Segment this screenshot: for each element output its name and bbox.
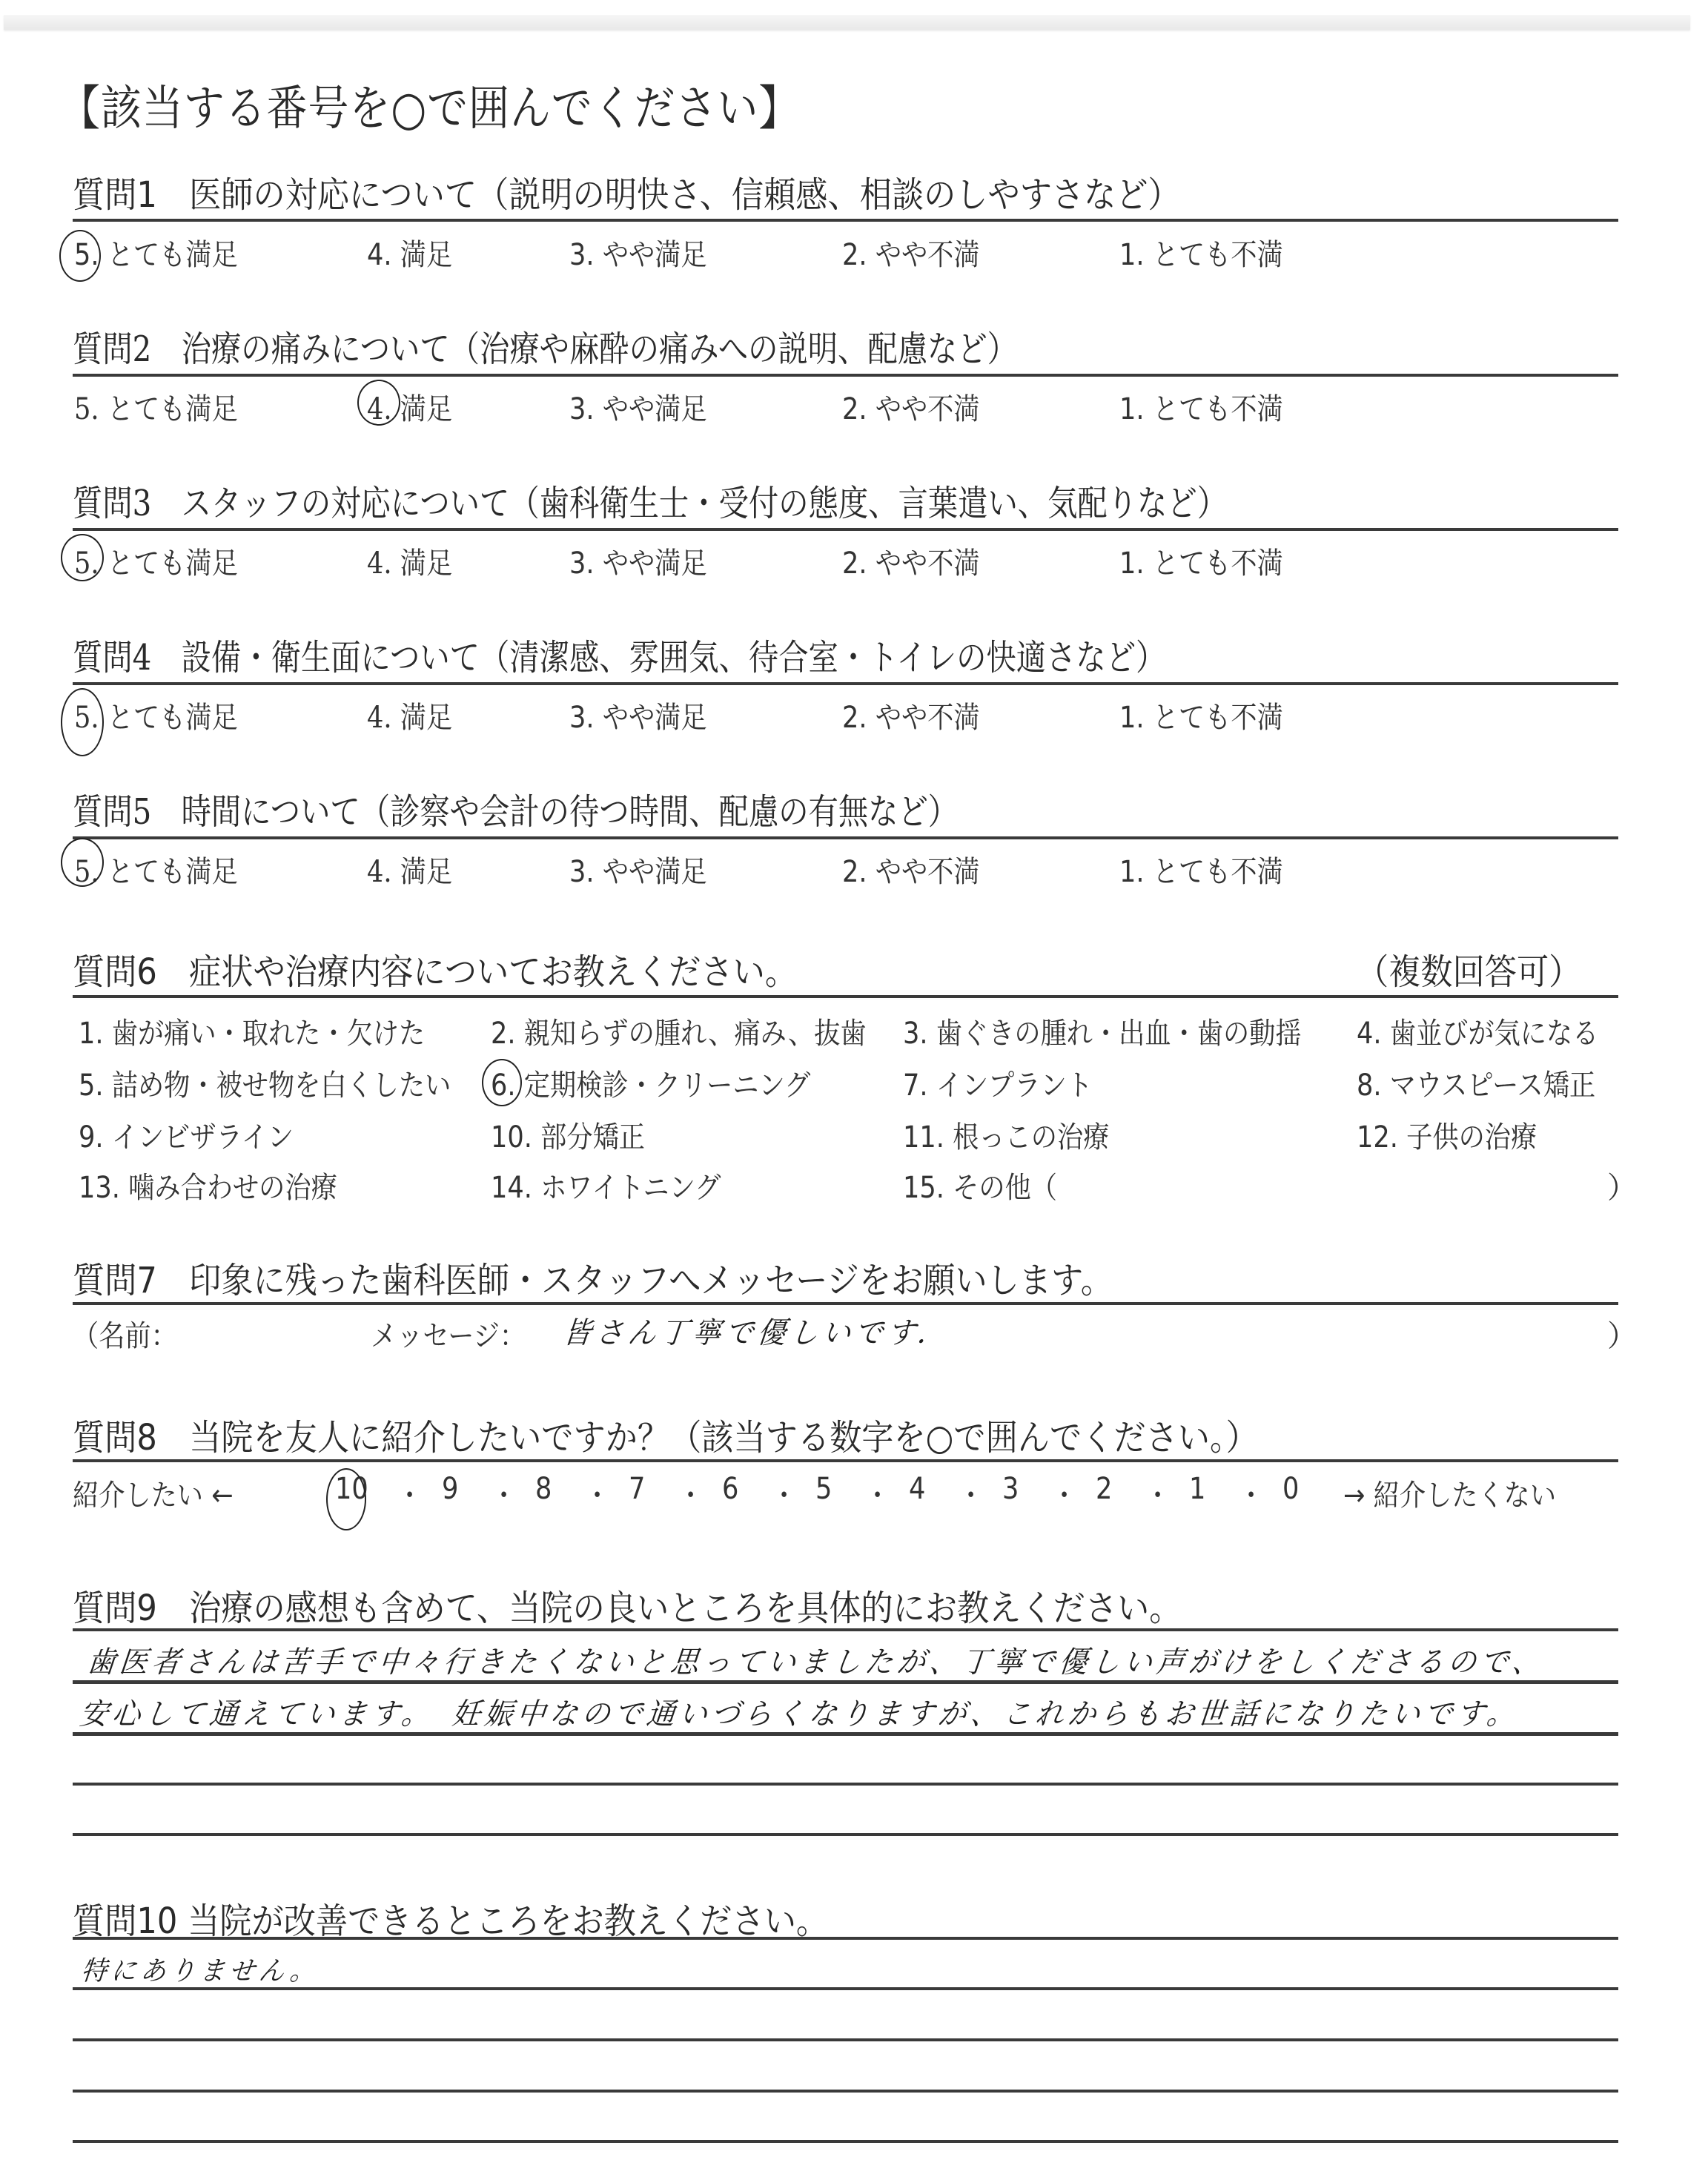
question-7-rule xyxy=(73,1302,1618,1305)
q8-right-label: → 紹介したくない xyxy=(1343,1472,1556,1514)
q8-scale-2[interactable]: 2 xyxy=(1096,1472,1112,1506)
q6-option-4[interactable]: 4. 歯並びが気になる xyxy=(1357,1010,1598,1052)
q6-option-12[interactable]: 12. 子供の治療 xyxy=(1357,1114,1537,1156)
q7-name-field[interactable] xyxy=(174,1312,331,1345)
q9-answer-rule-3 xyxy=(73,1783,1618,1786)
question-6-title: 質問6 症状や治療内容についてお教えください。 xyxy=(73,943,797,994)
q1-selection-circle xyxy=(59,230,101,282)
q8-dot: ・ xyxy=(771,1472,797,1514)
q8-dot: ・ xyxy=(678,1472,704,1514)
q6-option-1[interactable]: 1. 歯が痛い・取れた・欠けた xyxy=(79,1010,425,1052)
question-10-title: 質問10 当院が改善できるところをお教えください。 xyxy=(73,1892,828,1943)
question-9-title: 質問9 治療の感想も含めて、当院の良いところを具体的にお教えください。 xyxy=(73,1579,1181,1631)
question-4-rule xyxy=(73,682,1618,685)
q1-option-3[interactable]: 3. やや満足 xyxy=(569,231,707,274)
scan-top-edge xyxy=(4,15,1690,30)
q1-option-1[interactable]: 1. とても不満 xyxy=(1119,231,1283,274)
q9-answer-line-2[interactable]: 安心して通えています。 妊娠中なので通いづらくなりますが、これからもお世話になり… xyxy=(78,1691,1521,1733)
q10-answer-rule-3 xyxy=(73,2090,1618,2093)
q4-selection-circle xyxy=(61,688,104,756)
q1-option-2[interactable]: 2. やや不満 xyxy=(842,231,980,274)
q8-scale-3[interactable]: 3 xyxy=(1002,1472,1019,1506)
q8-dot: ・ xyxy=(958,1472,984,1514)
q8-scale-8[interactable]: 8 xyxy=(535,1472,552,1506)
q6-option-10[interactable]: 10. 部分矯正 xyxy=(491,1114,645,1156)
q8-scale-9[interactable]: 9 xyxy=(442,1472,458,1506)
question-8-rule xyxy=(73,1459,1618,1462)
q2-selection-circle xyxy=(357,380,400,426)
q6-option-8[interactable]: 8. マウスピース矯正 xyxy=(1357,1062,1595,1104)
q3-option-1[interactable]: 1. とても不満 xyxy=(1119,540,1283,582)
q10-answer-rule-2 xyxy=(73,2038,1618,2041)
q6-selection-circle xyxy=(482,1059,522,1106)
q6-option-7[interactable]: 7. インプラント xyxy=(903,1062,1093,1104)
q6-option-9[interactable]: 9. インビザライン xyxy=(79,1114,294,1156)
q7-close-paren: ） xyxy=(1607,1312,1637,1355)
question-10-rule xyxy=(73,1937,1618,1940)
q4-option-4[interactable]: 4. 満足 xyxy=(367,694,452,736)
q8-dot: ・ xyxy=(491,1472,517,1514)
q1-option-4[interactable]: 4. 満足 xyxy=(367,231,452,274)
page-heading: 【該当する番号を○で囲んでください】 xyxy=(59,70,800,139)
q6-option-13[interactable]: 13. 噛み合わせの治療 xyxy=(79,1164,337,1206)
question-4-title: 質問4 設備・衛生面について（清潔感、雰囲気、待合室・トイレの快適さなど） xyxy=(73,629,1165,680)
q10-answer-rule-1 xyxy=(73,1987,1618,1990)
q3-option-2[interactable]: 2. やや不満 xyxy=(842,540,980,582)
q4-option-1[interactable]: 1. とても不満 xyxy=(1119,694,1283,736)
q6-option-5[interactable]: 5. 詰め物・被せ物を白くしたい xyxy=(79,1062,451,1104)
q8-dot: ・ xyxy=(584,1472,610,1514)
q8-dot: ・ xyxy=(1238,1472,1264,1514)
question-6-rule xyxy=(73,995,1618,998)
q10-answer-line-1[interactable]: 特にありません。 xyxy=(79,1950,321,1988)
q7-name-label: （名前： xyxy=(73,1312,177,1355)
q6-option-11[interactable]: 11. 根っこの治療 xyxy=(903,1114,1109,1156)
question-1-rule xyxy=(73,219,1618,222)
q5-option-4[interactable]: 4. 満足 xyxy=(367,848,452,891)
q5-option-1[interactable]: 1. とても不満 xyxy=(1119,848,1283,891)
question-2-title: 質問2 治療の痛みについて（治療や麻酔の痛みへの説明、配慮など） xyxy=(73,320,1017,371)
q8-dot: ・ xyxy=(1145,1472,1171,1514)
q2-option-5[interactable]: 5. とても満足 xyxy=(74,386,238,428)
q6-other-close-paren: ） xyxy=(1607,1164,1637,1206)
q6-option-3[interactable]: 3. 歯ぐきの腫れ・出血・歯の動揺 xyxy=(903,1010,1302,1052)
q6-option-6[interactable]: 6. 定期検診・クリーニング xyxy=(491,1062,810,1104)
q8-dot: ・ xyxy=(864,1472,890,1514)
question-3-title: 質問3 スタッフの対応について（歯科衛生士・受付の態度、言葉遣い、気配りなど） xyxy=(73,475,1227,526)
q3-selection-circle xyxy=(61,534,104,581)
q8-scale-5[interactable]: 5 xyxy=(815,1472,832,1506)
q4-option-3[interactable]: 3. やや満足 xyxy=(569,694,707,736)
question-2-rule xyxy=(73,374,1618,377)
q9-answer-rule-4 xyxy=(73,1833,1618,1836)
q5-option-2[interactable]: 2. やや不満 xyxy=(842,848,980,891)
q8-selection-circle xyxy=(326,1468,366,1530)
q2-option-2[interactable]: 2. やや不満 xyxy=(842,386,980,428)
q8-scale-0[interactable]: 0 xyxy=(1282,1472,1299,1506)
q5-selection-circle xyxy=(61,838,104,887)
question-7-title: 質問7 印象に残った歯科医師・スタッフへメッセージをお願いします。 xyxy=(73,1252,1113,1303)
question-1-title: 質問1 医師の対応について（説明の明快さ、信頼感、相談のしやすさなど） xyxy=(73,166,1180,217)
q2-option-1[interactable]: 1. とても不満 xyxy=(1119,386,1283,428)
question-6-note: （複数回答可） xyxy=(1357,943,1580,994)
q6-option-2[interactable]: 2. 親知らずの腫れ、痛み、抜歯 xyxy=(491,1010,867,1052)
q7-message-label: メッセージ： xyxy=(371,1312,526,1355)
q9-answer-rule-2 xyxy=(73,1732,1618,1736)
question-5-title: 質問5 時間について（診察や会計の待つ時間、配慮の有無など） xyxy=(73,783,958,834)
q7-message-field[interactable]: 皆さん丁寧で優しいです． xyxy=(561,1309,952,1352)
q6-option-14[interactable]: 14. ホワイトニング xyxy=(491,1164,721,1206)
question-8-title: 質問8 当院を友人に紹介したいですか？（該当する数字を○で囲んでください。） xyxy=(73,1409,1258,1460)
q9-answer-rule-1 xyxy=(73,1680,1618,1684)
q8-scale-6[interactable]: 6 xyxy=(722,1472,738,1506)
q8-dot: ・ xyxy=(1051,1472,1077,1514)
q4-option-2[interactable]: 2. やや不満 xyxy=(842,694,980,736)
q8-scale-1[interactable]: 1 xyxy=(1189,1472,1205,1506)
question-3-rule xyxy=(73,528,1618,531)
question-5-rule xyxy=(73,836,1618,839)
q10-answer-rule-4 xyxy=(73,2140,1618,2143)
q8-scale-7[interactable]: 7 xyxy=(629,1472,645,1506)
q5-option-3[interactable]: 3. やや満足 xyxy=(569,848,707,891)
q8-scale-4[interactable]: 4 xyxy=(909,1472,925,1506)
q8-dot: ・ xyxy=(397,1472,423,1514)
question-9-rule xyxy=(73,1628,1618,1631)
q2-option-3[interactable]: 3. やや満足 xyxy=(569,386,707,428)
q8-left-label: 紹介したい ← xyxy=(73,1472,234,1514)
q6-option-15-other[interactable]: 15. その他（ xyxy=(903,1164,1057,1206)
q3-option-4[interactable]: 4. 満足 xyxy=(367,540,452,582)
q9-answer-line-1[interactable]: 歯医者さんは苦手で中々行きたくないと思っていましたが、丁寧で優しい声がけをしくだ… xyxy=(85,1639,1546,1681)
q3-option-3[interactable]: 3. やや満足 xyxy=(569,540,707,582)
